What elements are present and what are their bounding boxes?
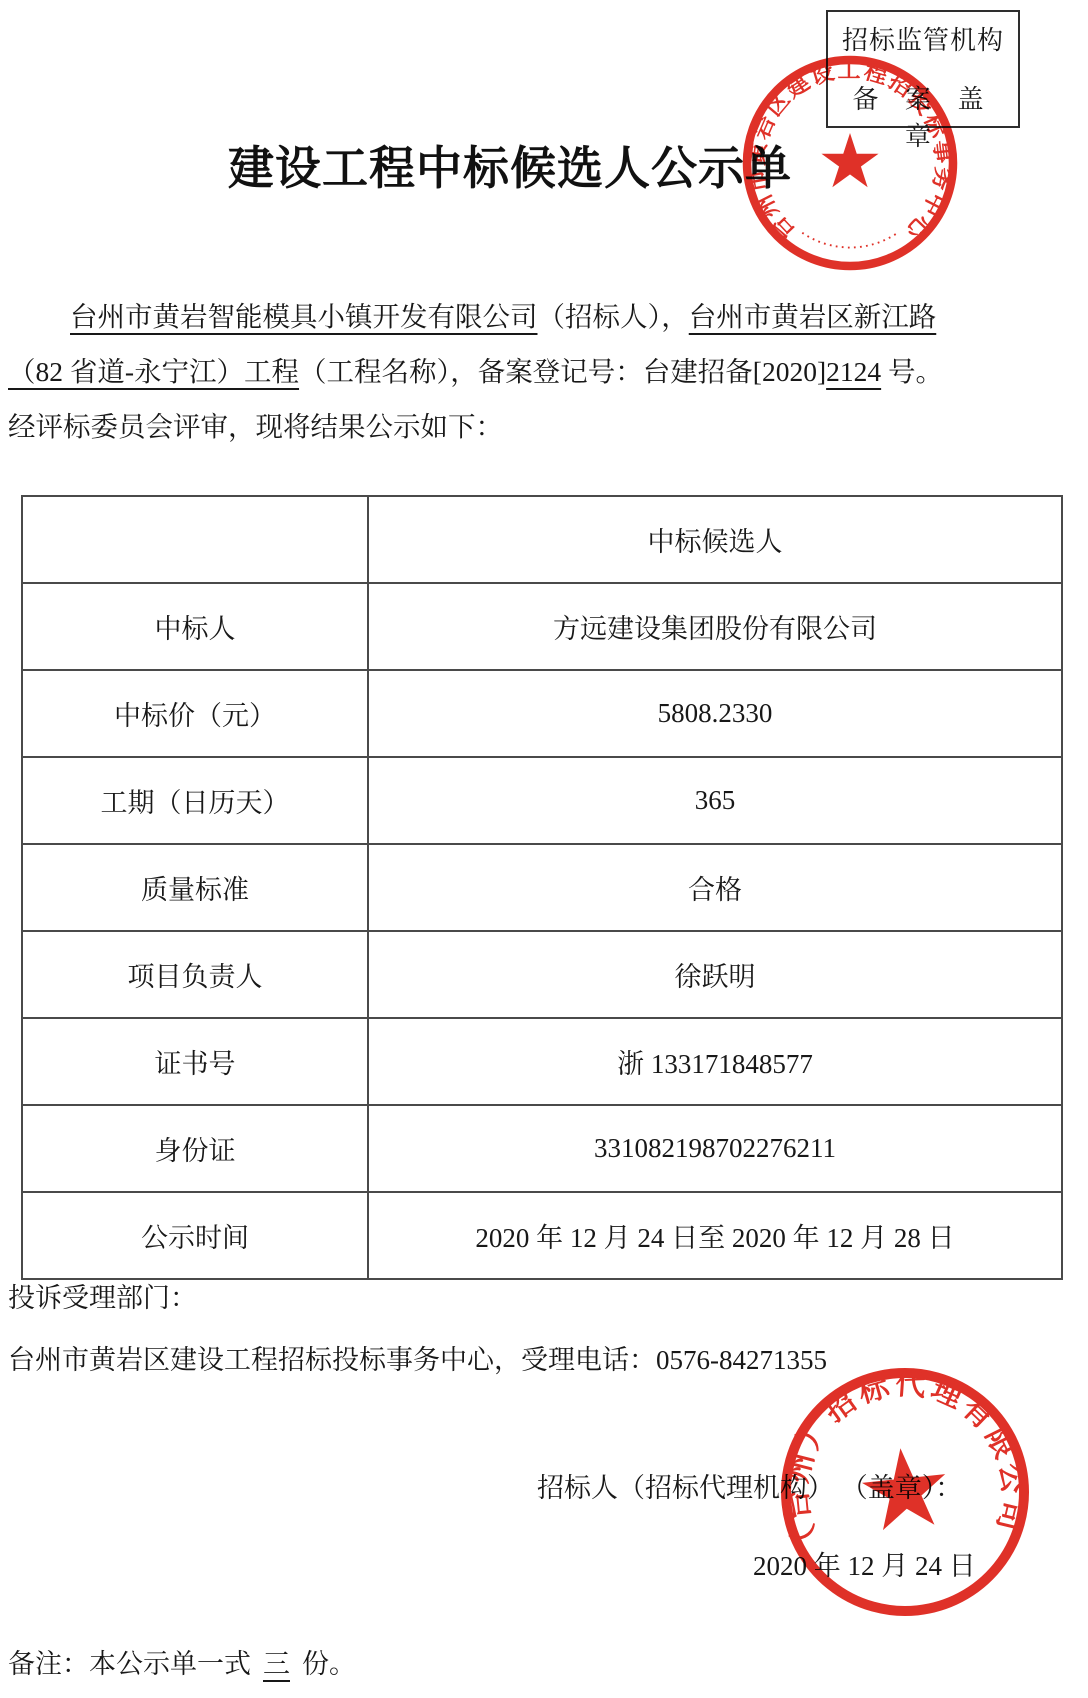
- row-label-cell: 证书号: [22, 1018, 368, 1105]
- table-row: 身份证331082198702276211: [22, 1105, 1062, 1192]
- row-value-cell: 徐跃明: [368, 931, 1062, 1018]
- note-line: 备注：本公示单一式三份。: [8, 1642, 356, 1681]
- intro-line-2: （82 省道-永宁江）工程（工程名称），备案登记号：台建招备[2020]2124…: [8, 344, 1082, 399]
- complaint-detail: 台州市黄岩区建设工程招标投标事务中心，受理电话：0576-84271355: [8, 1338, 827, 1377]
- row-value-cell: 方远建设集团股份有限公司: [368, 583, 1062, 670]
- tenderer-suffix: （招标人），: [538, 301, 689, 332]
- row-label-cell: 中标人: [22, 583, 368, 670]
- project-name-underlined: （82 省道-永宁江）工程: [8, 356, 299, 387]
- registration-no-suffix: 号。: [881, 356, 943, 387]
- table-row: 工期（日历天）365: [22, 757, 1062, 844]
- row-value-cell: 合格: [368, 844, 1062, 931]
- star-icon: [821, 133, 878, 187]
- page-title: 建设工程中标候选人公示单: [228, 132, 792, 198]
- row-label-cell: 公示时间: [22, 1192, 368, 1279]
- note-count-underlined: 三: [251, 1649, 302, 1679]
- tenderer-name-underlined: 台州市黄岩智能模具小镇开发有限公司: [70, 301, 538, 332]
- note-suffix: 份。: [302, 1649, 356, 1679]
- bottom-agency-seal: （台州）招标代理有限公司: [762, 1349, 1048, 1635]
- intro-line-1: 台州市黄岩智能模具小镇开发有限公司（招标人），台州市黄岩区新江路: [8, 289, 1082, 344]
- row-value-cell: 5808.2330: [368, 670, 1062, 757]
- table-row: 中标价（元）5808.2330: [22, 670, 1062, 757]
- table-row: 中标候选人: [22, 496, 1062, 583]
- intro-line-3: 经评标委员会评审，现将结果公示如下：: [8, 399, 1082, 454]
- project-road-underlined: 台州市黄岩区新江路: [689, 301, 937, 332]
- row-value-cell: 2020 年 12 月 24 日至 2020 年 12 月 28 日: [368, 1192, 1062, 1279]
- table-row: 中标人方远建设集团股份有限公司: [22, 583, 1062, 670]
- complaint-heading: 投诉受理部门：: [8, 1276, 197, 1315]
- row-label-cell: [22, 496, 368, 583]
- row-value-cell: 331082198702276211: [368, 1105, 1062, 1192]
- row-label-cell: 工期（日历天）: [22, 757, 368, 844]
- document-page: 招标监管机构 备 案 盖 章 建设工程中标候选人公示单 台州市黄岩智能模具小镇开…: [0, 0, 1088, 1698]
- row-label-cell: 项目负责人: [22, 931, 368, 1018]
- table-row: 证书号浙 133171848577: [22, 1018, 1062, 1105]
- table-row: 公示时间2020 年 12 月 24 日至 2020 年 12 月 28 日: [22, 1192, 1062, 1279]
- row-label-cell: 中标价（元）: [22, 670, 368, 757]
- registration-no-prefix: （工程名称），备案登记号：台建招备[2020]: [299, 356, 826, 387]
- row-value-cell: 中标候选人: [368, 496, 1062, 583]
- row-label-cell: 身份证: [22, 1105, 368, 1192]
- row-value-cell: 浙 133171848577: [368, 1018, 1062, 1105]
- result-table: 中标候选人 中标人方远建设集团股份有限公司 中标价（元）5808.2330 工期…: [21, 495, 1063, 1280]
- row-label-cell: 质量标准: [22, 844, 368, 931]
- table-row: 质量标准合格: [22, 844, 1062, 931]
- note-prefix: 备注：本公示单一式: [8, 1649, 251, 1679]
- top-official-seal: 台州市黄岩区建设工程招投标事务中心 ······················…: [738, 51, 962, 275]
- table-row: 项目负责人徐跃明: [22, 931, 1062, 1018]
- star-icon: [859, 1444, 951, 1532]
- registration-no-underlined: 2124: [826, 356, 881, 387]
- intro-paragraph: 台州市黄岩智能模具小镇开发有限公司（招标人），台州市黄岩区新江路 （82 省道-…: [8, 289, 1082, 454]
- row-value-cell: 365: [368, 757, 1062, 844]
